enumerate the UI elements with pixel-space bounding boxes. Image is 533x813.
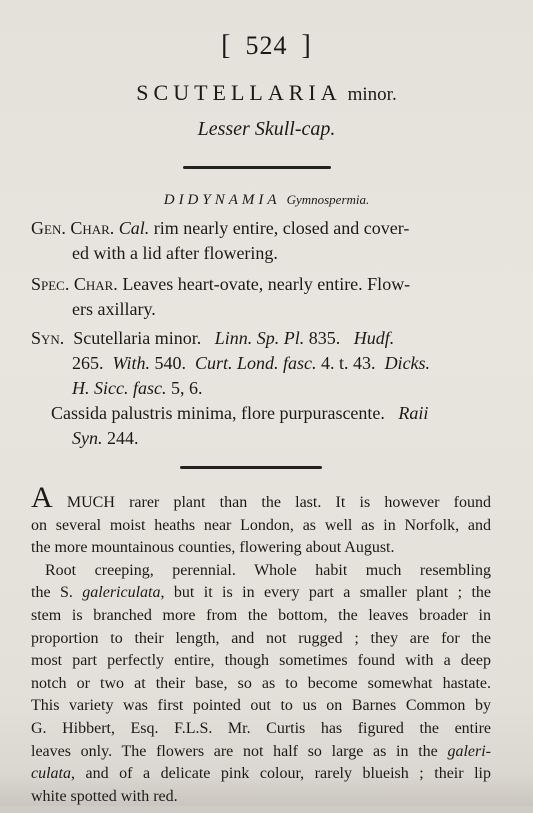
drop-cap: A: [31, 481, 53, 514]
class-name: DIDYNAMIA: [164, 192, 281, 208]
syn-ref: Linn. Sp. Pl.: [215, 328, 305, 348]
divider-rule: [180, 466, 322, 469]
text-segment: leaves only. The flowers are not half so…: [31, 743, 447, 760]
common-name: Lesser Skull-cap.: [0, 118, 533, 141]
syn-num: 5, 6.: [171, 378, 203, 398]
text-line: the more mountainous counties, flowering…: [31, 537, 491, 560]
generic-character: Gen. Char. Cal. rim nearly entire, close…: [31, 216, 491, 266]
text-line: most part perfectly entire, though somet…: [31, 650, 491, 673]
spec-char-label: Spec. Char.: [31, 274, 118, 294]
text-line: white spotted with red.: [31, 786, 491, 809]
paragraph-2: Root creeping, perennial. Whole habit mu…: [31, 560, 491, 809]
gen-char-text-1: rim nearly entire, closed and cover-: [154, 218, 410, 238]
text-line: MUCH rarer plant than the last. It is ho…: [53, 494, 491, 511]
text-segment: , but it is in every part a smaller plan…: [160, 584, 491, 601]
gen-char-label: Gen. Char.: [31, 218, 114, 238]
syn-num: 835.: [309, 328, 341, 348]
syn-name: Scutellaria minor.: [73, 328, 201, 348]
text-line: notch or two at their base, so as to bec…: [31, 673, 491, 696]
description-text: A MUCH rarer plant than the last. It is …: [31, 488, 491, 808]
divider-rule: [183, 166, 331, 169]
text-line: on several moist heaths near London, as …: [31, 515, 491, 538]
syn-ref: H. Sicc. fasc.: [72, 378, 166, 398]
genus-name: SCUTELLARIA: [136, 80, 341, 105]
species-italic: galericulata: [82, 584, 160, 601]
text-line: proportion to their length, and not rugg…: [31, 628, 491, 651]
syn-label: Syn.: [31, 328, 64, 348]
syn-ref: Curt. Lond. fasc.: [195, 353, 317, 373]
spec-char-text-1: Leaves heart-ovate, nearly entire. Flow-: [122, 274, 410, 294]
species-title: SCUTELLARIAminor.: [0, 80, 533, 106]
syn-num: 540.: [155, 353, 187, 373]
page-edge: [0, 806, 533, 813]
linnaean-classification: DIDYNAMIAGymnospermia.: [0, 192, 533, 209]
syn-ref: Syn.: [72, 428, 103, 448]
species-italic: galeri-: [447, 743, 491, 760]
paragraph-1: A MUCH rarer plant than the last. It is …: [31, 488, 491, 560]
synonyms: Syn. Scutellaria minor. Linn. Sp. Pl. 83…: [31, 326, 491, 451]
syn-ref: Dicks.: [385, 353, 430, 373]
syn-num: 265.: [72, 353, 104, 373]
syn-ref: Raii: [398, 403, 428, 423]
text-line: stem is branched more from the bottom, t…: [31, 605, 491, 628]
text-line: This variety was first pointed out to us…: [31, 695, 491, 718]
text-line: G. Hibbert, Esq. F.L.S. Mr. Curtis has f…: [31, 718, 491, 741]
gen-char-text-2: ed with a lid after flowering.: [31, 241, 491, 266]
specific-character: Spec. Char. Leaves heart-ovate, nearly e…: [31, 272, 491, 322]
page-number-value: 524: [246, 31, 288, 60]
syn-name: Cassida palustris minima, flore purpuras…: [51, 403, 385, 423]
bracket-close: ]: [302, 30, 312, 61]
syn-ref: With.: [113, 353, 151, 373]
book-page: [524] SCUTELLARIAminor. Lesser Skull-cap…: [0, 0, 533, 813]
text-line: Root creeping, perennial. Whole habit mu…: [31, 560, 491, 583]
syn-ref: Hudf.: [354, 328, 395, 348]
page-number: [524]: [0, 30, 533, 62]
syn-num: 4. t. 43.: [321, 353, 376, 373]
spec-char-text-2: ers axillary.: [31, 297, 491, 322]
syn-num: 244.: [107, 428, 139, 448]
species-epithet: minor.: [348, 84, 397, 105]
gen-char-abbr: Cal.: [119, 218, 150, 238]
order-name: Gymnospermia.: [287, 192, 370, 207]
text-segment: the S.: [31, 584, 82, 601]
text-segment: , and of a delicate pink colour, rarely …: [71, 765, 491, 782]
species-italic: culata: [31, 765, 71, 782]
bracket-open: [: [221, 30, 231, 61]
